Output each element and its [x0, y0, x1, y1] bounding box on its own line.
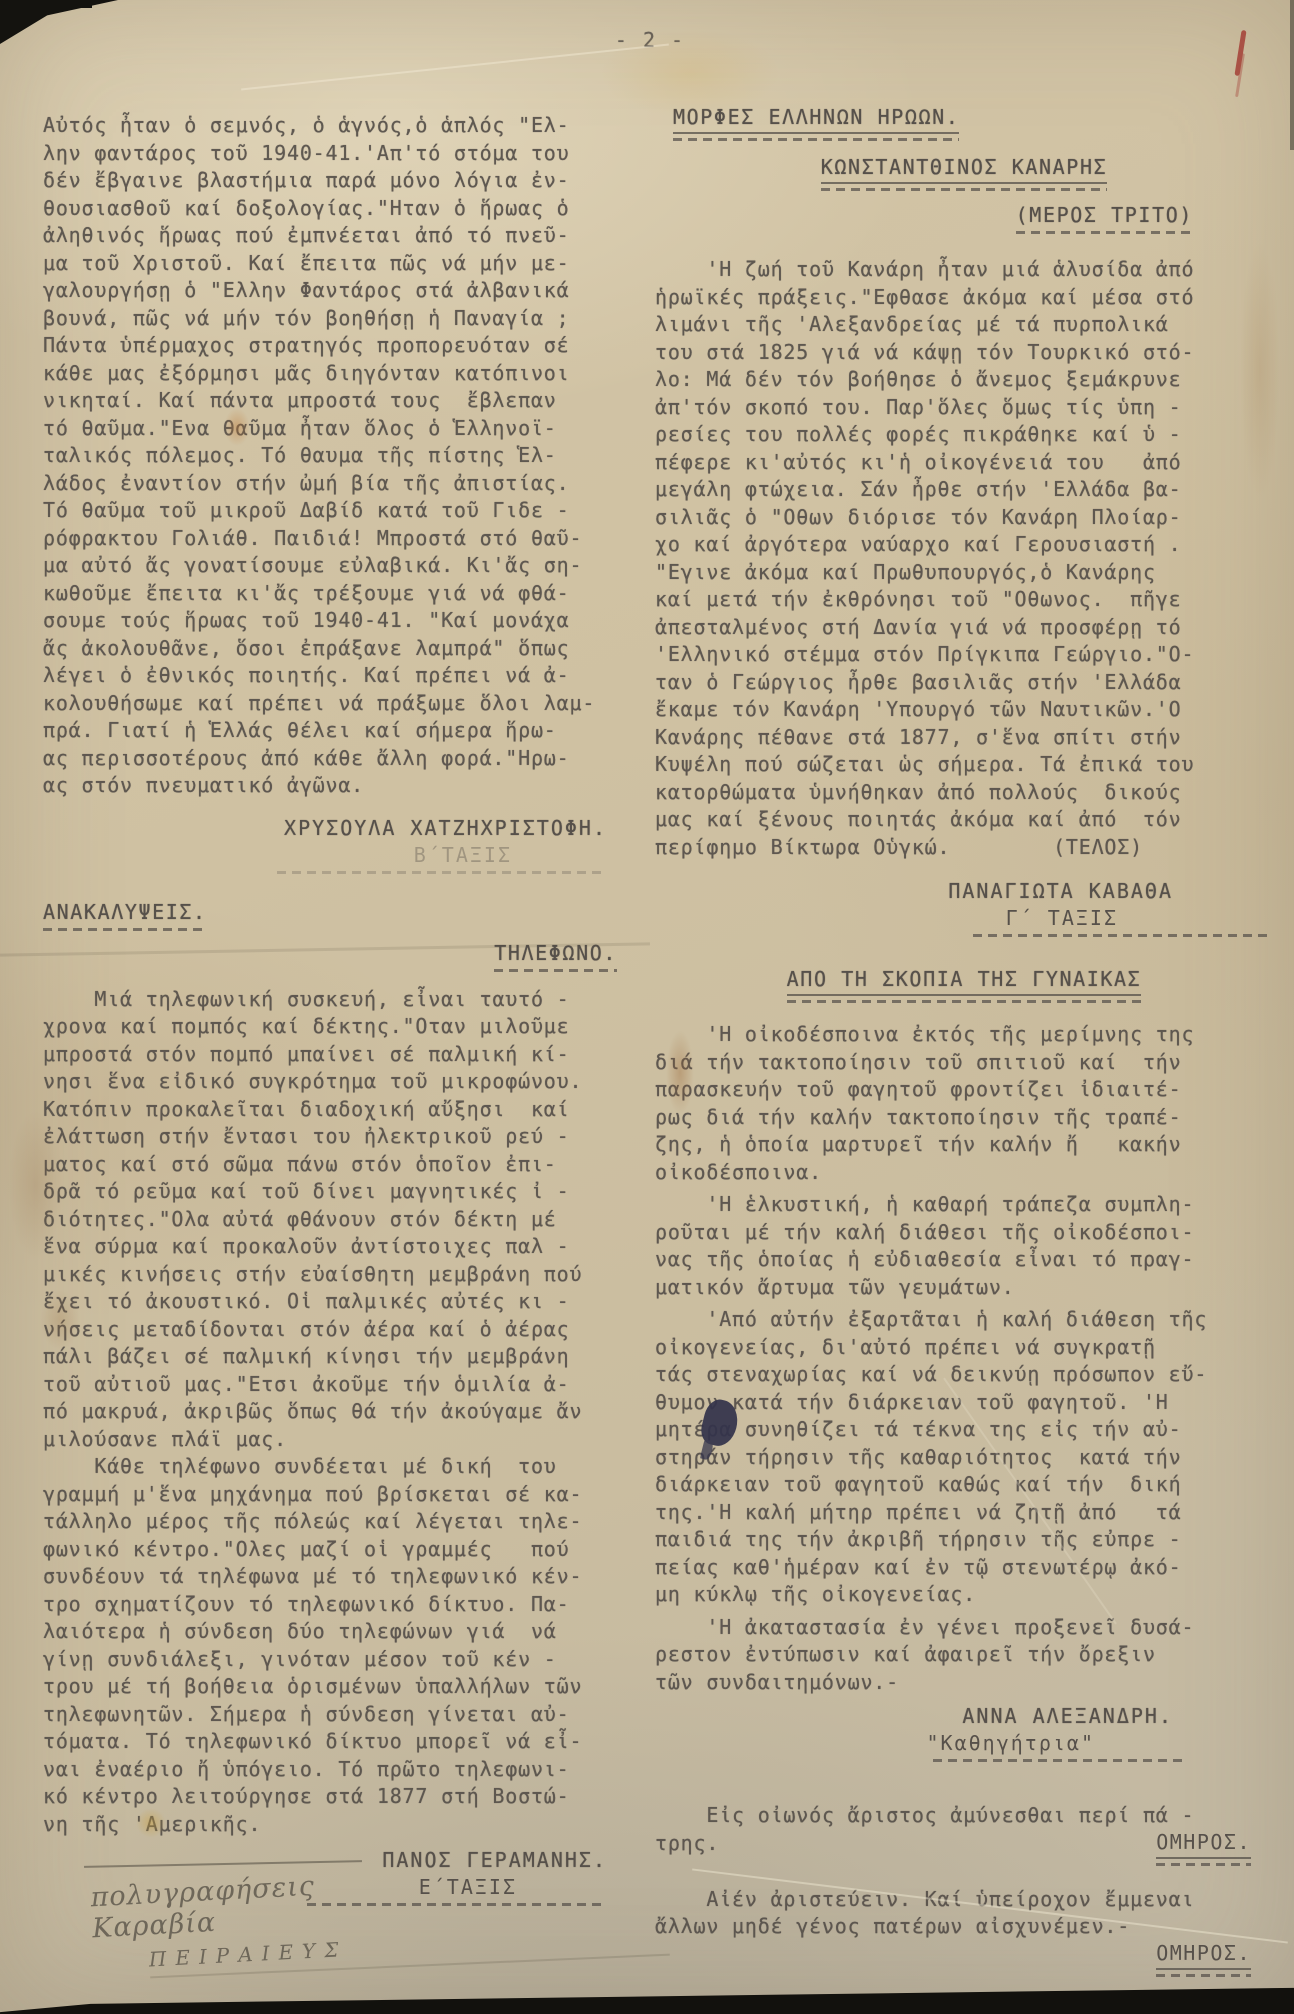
womens-view-paragraph: 'Η ἑλκυστική, ἡ καθαρή τράπεζα συμπλη- ρ… — [655, 1191, 1273, 1301]
quote-attribution: ΟΜΗΡΟΣ. — [1156, 1941, 1251, 1970]
heading-underline — [821, 188, 1107, 191]
womens-view-paragraph: 'Η ἀκαταστασία ἐν γένει προξενεῖ δυσά- ρ… — [655, 1614, 1273, 1697]
signature-underline — [973, 934, 1273, 937]
signature-underline — [277, 871, 607, 874]
soldier-article-body: Αὐτός ἦταν ὁ σεμνός, ὁ ἁγνός,ὁ ἁπλός "Ελ… — [43, 112, 635, 800]
heading-underline — [787, 1000, 1142, 1003]
section-heading-heroes: ΜΟΡΦΕΣ ΕΛΛΗΝΩΝ ΗΡΩΩΝ. — [673, 105, 959, 134]
left-column: Αὐτός ἦταν ὁ σεμνός, ὁ ἁγνός,ὁ ἁπλός "Ελ… — [43, 112, 635, 1906]
telephone-paragraph: Κάθε τηλέφωνο συνδέεται μέ δική του γραμ… — [43, 1453, 635, 1838]
signature-name: ΑΝΝΑ ΑΛΕΞΑΝΔΡΗ. — [655, 1704, 1173, 1728]
attribution-underline — [1156, 1863, 1251, 1866]
signature-class: "Καθηγήτρια" — [655, 1731, 1173, 1755]
kanaris-article-body: 'Η ζωή τοῦ Κανάρη ἦταν μιά ἁλυσίδα ἀπό ἡ… — [655, 256, 1273, 861]
telephone-paragraph: Μιά τηλεφωνική συσκευή, εἶναι ταυτό - χρ… — [43, 986, 635, 1454]
article-title-womens-view: ΑΠΟ ΤΗ ΣΚΟΠΙΑ ΤΗΣ ΓΥΝΑΙΚΑΣ — [787, 967, 1142, 996]
womens-view-signature: ΑΝΝΑ ΑΛΕΞΑΝΔΡΗ. "Καθηγήτρια" — [655, 1704, 1273, 1762]
scan-corner-shadow — [0, 0, 118, 44]
kanaris-article-signature: ΠΑΝΑΓΙΩΤΑ ΚΑΒΑΘΑ Γ΄ ΤΑΞΙΣ — [655, 879, 1273, 937]
signature-class: Β΄ΤΑΞΙΣ — [43, 843, 607, 867]
womens-view-paragraph: 'Η οἰκοδέσποινα ἐκτός τῆς μερίμνης της δ… — [655, 1021, 1273, 1186]
womens-view-paragraph: 'Από αὐτήν ἐξαρτᾶται ἡ καλή διάθεση τῆς … — [655, 1306, 1273, 1609]
attribution-underline — [1156, 1974, 1251, 1977]
right-column: ΜΟΡΦΕΣ ΕΛΛΗΝΩΝ ΗΡΩΩΝ. ΚΩΝΣΤΑΝΤΘΙΝΟΣ ΚΑΝΑ… — [655, 95, 1273, 1977]
article-title-telephone: ΤΗΛΕΦΩΝΟ. — [494, 941, 617, 965]
heading-underline — [43, 928, 207, 931]
scan-edge-right — [1290, 0, 1294, 150]
homer-quote: Αἰέν ἀριστεύειν. Καί ὑπείροχον ἔμμεναι ἄ… — [655, 1886, 1273, 1977]
homer-quote: Εἰς οἰωνός ἄριστος ἀμύνεσθαι περί πά - τ… — [655, 1802, 1273, 1866]
telephone-title-row: ΤΗΛΕΦΩΝΟ. — [43, 941, 635, 972]
soldier-article-signature: ΧΡΥΣΟΥΛΑ ΧΑΤΖΗΧΡΙΣΤΟΦΗ. Β΄ΤΑΞΙΣ — [43, 816, 635, 874]
part-label: (ΜΕΡΟΣ ΤΡΙΤΟ) — [1016, 203, 1193, 227]
signature-name: ΠΑΝΑΓΙΩΤΑ ΚΑΒΑΘΑ — [655, 879, 1173, 903]
page-number: - 2 - — [600, 28, 700, 52]
heading-underline — [673, 138, 959, 141]
heading-underline — [1016, 231, 1193, 234]
red-pen-mark — [1234, 30, 1246, 76]
handwritten-note: πολυγραφήσεις Καραβία ΠΕΙΡΑΙΕΥΣ — [90, 1866, 414, 1975]
part-label-row: (ΜΕΡΟΣ ΤΡΙΤΟ) — [655, 203, 1273, 234]
heading-underline — [494, 969, 617, 972]
article-title-kanaris: ΚΩΝΣΤΑΝΤΘΙΝΟΣ ΚΑΝΑΡΗΣ — [821, 155, 1107, 184]
signature-name: ΧΡΥΣΟΥΛΑ ΧΑΤΖΗΧΡΙΣΤΟΦΗ. — [43, 816, 607, 840]
scanned-document-page: - 2 - Αὐτός ἦταν ὁ σεμνός, ὁ ἁγνός,ὁ ἁπλ… — [0, 0, 1294, 2014]
quote-attribution-row: ΟΜΗΡΟΣ. — [655, 1941, 1273, 1977]
scan-edge-bottom — [0, 1984, 1294, 2014]
discoveries-section: ΑΝΑΚΑΛΥΨΕΙΣ. — [43, 900, 635, 931]
signature-class: Γ΄ ΤΑΞΙΣ — [655, 906, 1173, 930]
quote-text: Εἰς οἰωνός ἄριστος ἀμύνεσθαι περί πά - τ… — [655, 1802, 1273, 1857]
womens-view-section: ΑΠΟ ΤΗ ΣΚΟΠΙΑ ΤΗΣ ΓΥΝΑΙΚΑΣ — [655, 967, 1273, 1003]
scan-edge-top — [0, 0, 92, 8]
signature-underline — [933, 1759, 1183, 1762]
heroes-section: ΜΟΡΦΕΣ ΕΛΛΗΝΩΝ ΗΡΩΩΝ. — [655, 105, 1273, 141]
section-heading-discoveries: ΑΝΑΚΑΛΥΨΕΙΣ. — [43, 900, 207, 924]
quote-text: Αἰέν ἀριστεύειν. Καί ὑπείροχον ἔμμεναι ἄ… — [655, 1886, 1273, 1941]
kanaris-title-row: ΚΩΝΣΤΑΝΤΘΙΝΟΣ ΚΑΝΑΡΗΣ — [655, 155, 1273, 191]
